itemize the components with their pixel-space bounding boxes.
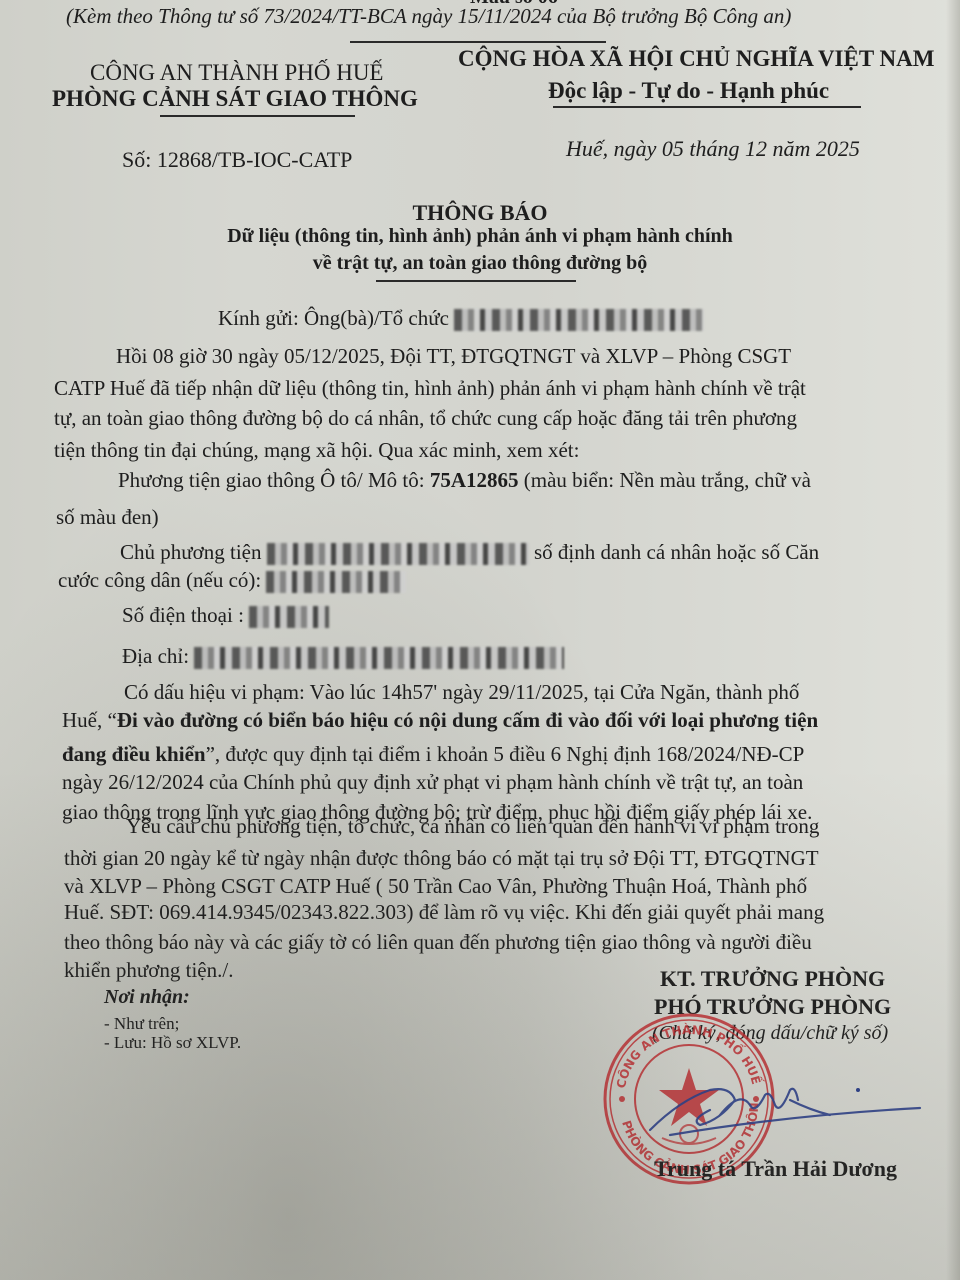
recipient-item: - Như trên; <box>104 1014 179 1034</box>
request-line: Huế. SĐT: 069.414.9345/02343.822.303) để… <box>64 900 824 925</box>
recipient-item: - Lưu: Hồ sơ XLVP. <box>104 1033 241 1053</box>
document-subtitle-2: về trật tự, an toàn giao thông đường bộ <box>0 252 960 275</box>
page-edge-shadow <box>946 0 960 1280</box>
divider <box>553 106 861 108</box>
document-subtitle-1: Dữ liệu (thông tin, hình ảnh) phản ánh v… <box>0 225 960 248</box>
violation-line: Huế, “Đi vào đường có biển báo hiệu có n… <box>62 708 818 733</box>
phone-label: Số điện thoại : <box>122 603 244 627</box>
violation-line: đang điều khiển”, được quy định tại điểm… <box>62 742 804 767</box>
violation-description-cont: đang điều khiển <box>62 742 206 766</box>
request-line: và XLVP – Phòng CSGT CATP Huế ( 50 Trần … <box>64 874 807 899</box>
agency-name: PHÒNG CẢNH SÁT GIAO THÔNG <box>52 86 418 112</box>
agency-parent: CÔNG AN THÀNH PHỐ HUẾ <box>90 60 383 86</box>
vehicle-line: Phương tiện giao thông Ô tô/ Mô tô: 75A1… <box>118 468 811 493</box>
owner-line: Chủ phương tiện số định danh cá nhân hoặ… <box>120 540 819 565</box>
divider <box>160 115 355 117</box>
signer-title-1: KT. TRƯỞNG PHÒNG <box>660 966 885 992</box>
id-label: số định danh cá nhân hoặc số Căn <box>534 540 819 564</box>
place-date: Huế, ngày 05 tháng 12 năm 2025 <box>566 136 860 162</box>
violation-line: ngày 26/12/2024 của Chính phủ quy định x… <box>62 770 803 795</box>
violation-line: Có dấu hiệu vi phạm: Vào lúc 14h57' ngày… <box>124 680 799 705</box>
request-line: Yêu cầu chủ phương tiện, tổ chức, cá nhâ… <box>126 814 819 839</box>
intro-line: tự, an toàn giao thông đường bộ do cá nh… <box>54 406 797 431</box>
plate-color-cont: số màu đen) <box>56 505 159 530</box>
request-line: thời gian 20 ngày kể từ ngày nhận được t… <box>64 846 819 871</box>
divider <box>350 41 606 43</box>
id-line: cước công dân (nếu có): <box>58 568 406 593</box>
recipients-title: Nơi nhận: <box>104 986 190 1009</box>
plate-color: (màu biển: Nền màu trắng, chữ và <box>524 468 811 492</box>
recipient-label: Kính gửi: Ông(bà)/Tổ chức <box>218 306 449 330</box>
intro-line: Hồi 08 giờ 30 ngày 05/12/2025, Đội TT, Đ… <box>116 344 791 369</box>
redacted-phone <box>249 606 329 628</box>
id-label-cont: cước công dân (nếu có): <box>58 568 261 592</box>
address-line: Địa chỉ: <box>122 644 564 669</box>
redacted-owner-name <box>267 543 529 565</box>
phone-line: Số điện thoại : <box>122 603 329 628</box>
recipient: Kính gửi: Ông(bà)/Tổ chức <box>218 306 704 331</box>
divider <box>376 280 576 282</box>
motto: Độc lập - Tự do - Hạnh phúc <box>548 78 829 104</box>
owner-label: Chủ phương tiện <box>120 540 261 564</box>
vehicle-label: Phương tiện giao thông Ô tô/ Mô tô: <box>118 468 425 492</box>
license-plate: 75A12865 <box>430 468 519 492</box>
redacted-recipient-name <box>454 309 704 331</box>
request-line: khiển phương tiện./. <box>64 958 233 983</box>
intro-line: CATP Huế đã tiếp nhận dữ liệu (thông tin… <box>54 376 806 401</box>
redacted-address <box>194 647 564 669</box>
nation-title: CỘNG HÒA XÃ HỘI CHỦ NGHĨA VIỆT NAM <box>458 46 934 72</box>
violation-description: Đi vào đường có biển báo hiệu có nội dun… <box>117 708 818 732</box>
attachment-note: (Kèm theo Thông tư số 73/2024/TT-BCA ngà… <box>66 4 791 29</box>
signer-name: Trung tá Trần Hải Dương <box>654 1156 897 1182</box>
request-line: theo thông báo này và các giấy tờ có liê… <box>64 930 812 955</box>
address-label: Địa chỉ: <box>122 644 189 668</box>
intro-line: tiện thông tin đại chúng, mạng xã hội. Q… <box>54 438 579 463</box>
document-title: THÔNG BÁO <box>0 200 960 226</box>
signature-icon <box>640 1060 930 1170</box>
redacted-id-number <box>266 571 406 593</box>
document-number: Số: 12868/TB-IOC-CATP <box>122 147 352 173</box>
